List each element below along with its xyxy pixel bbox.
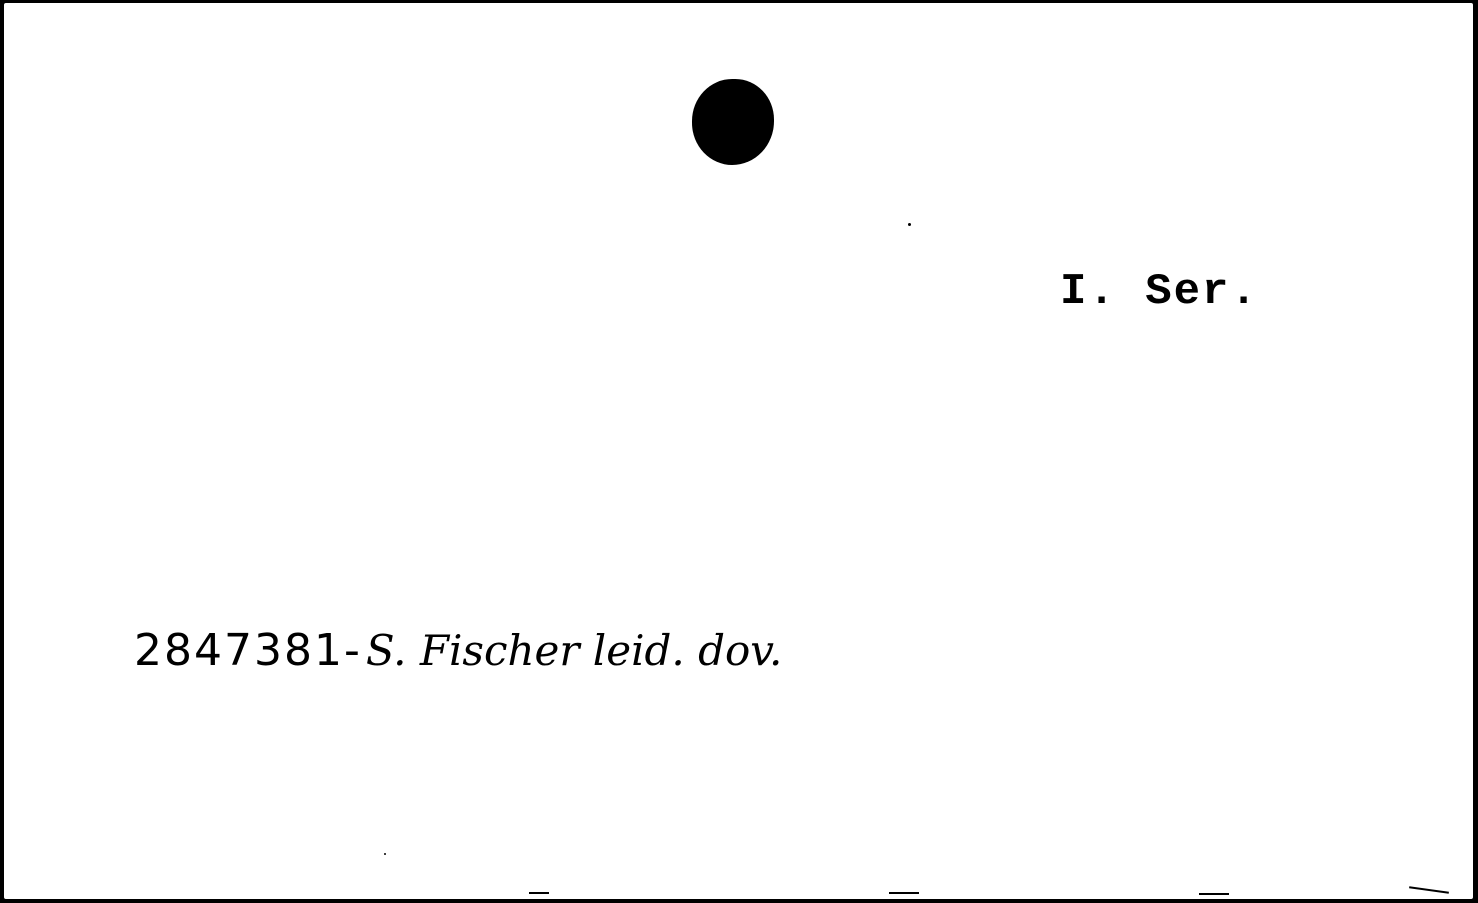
edge-mark bbox=[529, 892, 549, 894]
ink-speck bbox=[384, 853, 386, 855]
edge-mark bbox=[889, 892, 919, 894]
edge-mark bbox=[1409, 886, 1449, 894]
entry-number: 2847381- bbox=[134, 625, 362, 676]
edge-mark bbox=[1199, 893, 1229, 895]
index-card: I. Ser. 2847381-S. Fischer leid. dov. bbox=[4, 3, 1473, 899]
series-label: I. Ser. bbox=[1060, 267, 1259, 317]
entry-handwritten-note: S. Fischer leid. dov. bbox=[366, 626, 783, 675]
catalog-entry: 2847381-S. Fischer leid. dov. bbox=[134, 625, 782, 676]
punch-hole bbox=[692, 79, 774, 165]
ink-speck bbox=[908, 223, 911, 226]
